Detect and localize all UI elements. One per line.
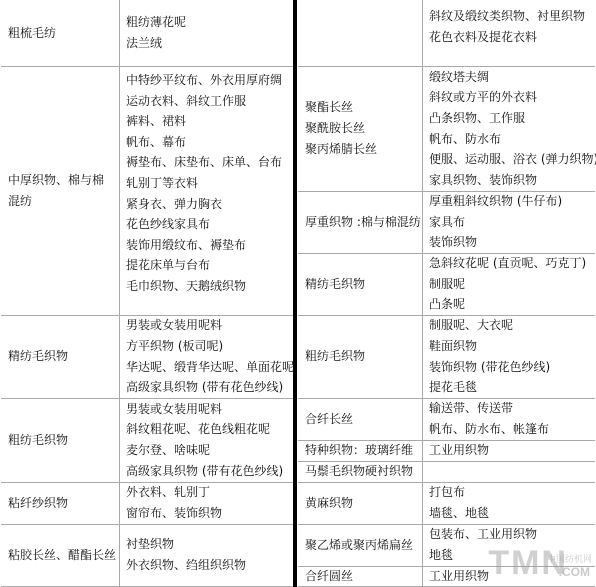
- fabric-uses: 输送带、传送带 帆布、防水布、帐篷布: [423, 398, 595, 440]
- fabric-uses: 制服呢、大衣呢 鞋面织物 装饰织物 (带花色纱线) 提花毛毯: [423, 315, 595, 398]
- fabric-uses: 工业用织物: [423, 440, 595, 461]
- fabric-uses: 男装或女装用呢料 方平织物 (板司呢) 华达呢、缎背华达呢、单面花呢 高级家具织…: [120, 315, 293, 398]
- fabric-category: 粘纤纱织物: [1, 482, 120, 524]
- table-row: 黄麻织物 打包布 墙毯、地毯: [298, 482, 595, 525]
- use-item: 粗纺薄花呢: [126, 12, 293, 33]
- fabric-category: 合纤圆丝: [298, 566, 423, 586]
- use-item: 制服呢、大衣呢: [429, 315, 595, 336]
- fabric-uses: 外衣料、轧别丁 窗帘布、装饰织物: [120, 482, 293, 524]
- fabric-category: 聚乙烯或聚丙烯扁丝: [298, 524, 423, 566]
- use-item: 麦尔登、啥味呢: [126, 440, 293, 461]
- use-item: 轧别丁等衣料: [126, 173, 293, 194]
- use-item: 斜纹及缎纹类织物、衬里织物: [429, 6, 595, 27]
- table-row: 粘纤纱织物 外衣料、轧别丁 窗帘布、装饰织物: [1, 482, 293, 525]
- fabric-category: 马鬃毛织物硬衬织物: [298, 461, 423, 482]
- table-row: 特种织物：玻璃纤维 工业用织物: [298, 440, 595, 462]
- use-item: 毛巾织物、天鹅绒织物: [126, 276, 293, 297]
- use-item: 花色纱线家具布: [126, 214, 293, 235]
- fabric-category: 精纺毛织物: [298, 253, 423, 315]
- table-row: 厚重织物 :棉与棉混纺 厚重粗斜纹织物 (牛仔布) 家具布 装饰织物: [298, 191, 595, 254]
- watermark-domain: .COM: [559, 565, 590, 579]
- fabric-uses: 缎纹塔夫绸 斜纹或方平的外衣料 凸条织物、工作服 帆布、防水布 便服、运动服、浴…: [423, 66, 595, 191]
- use-item: 墙毯、地毯: [429, 503, 595, 524]
- use-item: 褥垫布、床垫布、床单、台布: [126, 152, 293, 173]
- fabric-uses: 厚重粗斜纹织物 (牛仔布) 家具布 装饰织物: [423, 191, 595, 253]
- fabric-category: 厚重织物 :棉与棉混纺: [298, 191, 423, 253]
- use-item: 缎纹塔夫绸: [429, 67, 595, 88]
- use-item: 装饰织物: [429, 232, 595, 253]
- table-row: 粗梳毛纺 粗纺薄花呢 法兰绒: [1, 0, 293, 67]
- fabric-uses: 粗纺薄花呢 法兰绒: [120, 0, 293, 66]
- use-item: 运动衣料、斜纹工作服: [126, 91, 293, 112]
- table-row: 粘胶长丝、醋酯长丝 衬垫织物 外衣织物、绉组织织物: [1, 524, 293, 587]
- use-item: 制服呢: [429, 274, 595, 295]
- use-item: 高级家具织物 (带有花色纱线): [126, 461, 293, 482]
- table-row: 精纺毛织物 急斜纹花呢 (直贡呢、巧克丁) 制服呢 凸条呢: [298, 253, 595, 316]
- table-row: 粗纺毛织物 制服呢、大衣呢 鞋面织物 装饰织物 (带花色纱线) 提花毛毯: [298, 315, 595, 399]
- fabric-category: 粗纺毛织物: [1, 398, 120, 482]
- use-item: 男装或女装用呢料: [126, 399, 293, 420]
- fabric-uses: 斜纹及缎纹类织物、衬里织物 花色衣料及提花衣料: [423, 0, 595, 66]
- table-row: 合纤长丝 输送带、传送带 帆布、防水布、帐篷布: [298, 398, 595, 441]
- fabric-uses: 急斜纹花呢 (直贡呢、巧克丁) 制服呢 凸条呢: [423, 253, 595, 315]
- use-item: 外衣织物、绉组织织物: [126, 555, 293, 576]
- fabric-category: [298, 0, 423, 66]
- table-row: 马鬃毛织物硬衬织物: [298, 461, 595, 483]
- use-item: 高级家具织物 (带有花色纱线): [126, 377, 293, 398]
- fabric-category: 粗纺毛织物: [298, 315, 423, 398]
- fabric-category: 黄麻织物: [298, 482, 423, 524]
- table-row: 聚酯长丝 聚酰胺长丝 聚丙烯腈长丝 缎纹塔夫绸 斜纹或方平的外衣料 凸条织物、工…: [298, 66, 595, 192]
- use-item: 衬垫织物: [126, 534, 293, 555]
- use-item: 家具织物、装饰织物: [429, 170, 595, 191]
- use-item: 工业用织物: [429, 440, 595, 461]
- fabric-category: 中厚织物、棉与棉混纺: [1, 66, 120, 315]
- fabric-category: 精纺毛织物: [1, 315, 120, 398]
- use-item: 厚重粗斜纹织物 (牛仔布): [429, 191, 595, 212]
- fabric-uses: [423, 461, 595, 482]
- table-row: 中厚织物、棉与棉混纺 中特纱平纹布、外衣用厚府绸 运动衣料、斜纹工作服 裤料、裙…: [1, 66, 293, 316]
- use-item: 帆布、防水布: [429, 129, 595, 150]
- use-item: 裤料、裙料: [126, 111, 293, 132]
- use-item: 凸条织物、工作服: [429, 108, 595, 129]
- use-item: 紧身衣、弹力胸衣: [126, 194, 293, 215]
- table-row: 粗纺毛织物 男装或女装用呢料 斜纹粗花呢、花色线粗花呢 麦尔登、啥味呢 高级家具…: [1, 398, 293, 483]
- table-divider: [293, 0, 297, 587]
- use-item: 男装或女装用呢料: [126, 315, 293, 336]
- fabric-uses: 男装或女装用呢料 斜纹粗花呢、花色线粗花呢 麦尔登、啥味呢 高级家具织物 (带有…: [120, 398, 293, 482]
- use-item: 鞋面织物: [429, 336, 595, 357]
- category-line: 聚丙烯腈长丝: [305, 139, 377, 160]
- use-item: 斜纹或方平的外衣料: [429, 87, 595, 108]
- use-item: 提花床单与台布: [126, 255, 293, 276]
- table-row: 斜纹及缎纹类织物、衬里织物 花色衣料及提花衣料: [298, 0, 595, 67]
- use-item: 急斜纹花呢 (直贡呢、巧克丁): [429, 253, 595, 274]
- category-line: 聚酯长丝: [305, 97, 353, 118]
- use-item: 中特纱平纹布、外衣用厚府绸: [126, 70, 293, 91]
- use-item: 花色衣料及提花衣料: [429, 27, 595, 48]
- use-item: 帆布、幕布: [126, 132, 293, 153]
- use-item: 装饰织物 (带花色纱线): [429, 357, 595, 378]
- use-item: 打包布: [429, 482, 595, 503]
- fabric-category: 聚酯长丝 聚酰胺长丝 聚丙烯腈长丝: [298, 66, 423, 191]
- use-item: 凸条呢: [429, 294, 595, 315]
- table-row: 精纺毛织物 男装或女装用呢料 方平织物 (板司呢) 华达呢、缎背华达呢、单面花呢…: [1, 315, 293, 399]
- category-line: 聚酰胺长丝: [305, 118, 365, 139]
- use-item: 华达呢、缎背华达呢、单面花呢: [126, 357, 293, 378]
- watermark-site-name: 中国纺机网: [547, 552, 592, 565]
- use-item: 家具布: [429, 212, 595, 233]
- use-item: 便服、运动服、浴衣 (弹力织物): [429, 149, 595, 170]
- fabric-uses: 打包布 墙毯、地毯: [423, 482, 595, 524]
- fabric-category: 合纤长丝: [298, 398, 423, 440]
- use-item: 外衣料、轧别丁: [126, 482, 293, 503]
- fabric-category: 粗梳毛纺: [1, 0, 120, 66]
- fabric-category: 粘胶长丝、醋酯长丝: [1, 524, 120, 586]
- fabric-uses: 衬垫织物 外衣织物、绉组织织物: [120, 524, 293, 586]
- use-item: 提花毛毯: [429, 377, 595, 398]
- use-item: 输送带、传送带: [429, 398, 595, 419]
- use-item: 法兰绒: [126, 33, 293, 54]
- use-item: 装饰用缎纹布、褥垫布: [126, 235, 293, 256]
- fabric-category: 特种织物：玻璃纤维: [298, 440, 423, 461]
- use-item: 方平织物 (板司呢): [126, 336, 293, 357]
- use-item: 斜纹粗花呢、花色线粗花呢: [126, 419, 293, 440]
- use-item: 窗帘布、装饰织物: [126, 503, 293, 524]
- use-item: 包装布、工业用织物: [429, 524, 595, 545]
- fabric-uses: 中特纱平纹布、外衣用厚府绸 运动衣料、斜纹工作服 裤料、裙料 帆布、幕布 褥垫布…: [120, 66, 293, 315]
- use-item: 帆布、防水布、帐篷布: [429, 419, 595, 440]
